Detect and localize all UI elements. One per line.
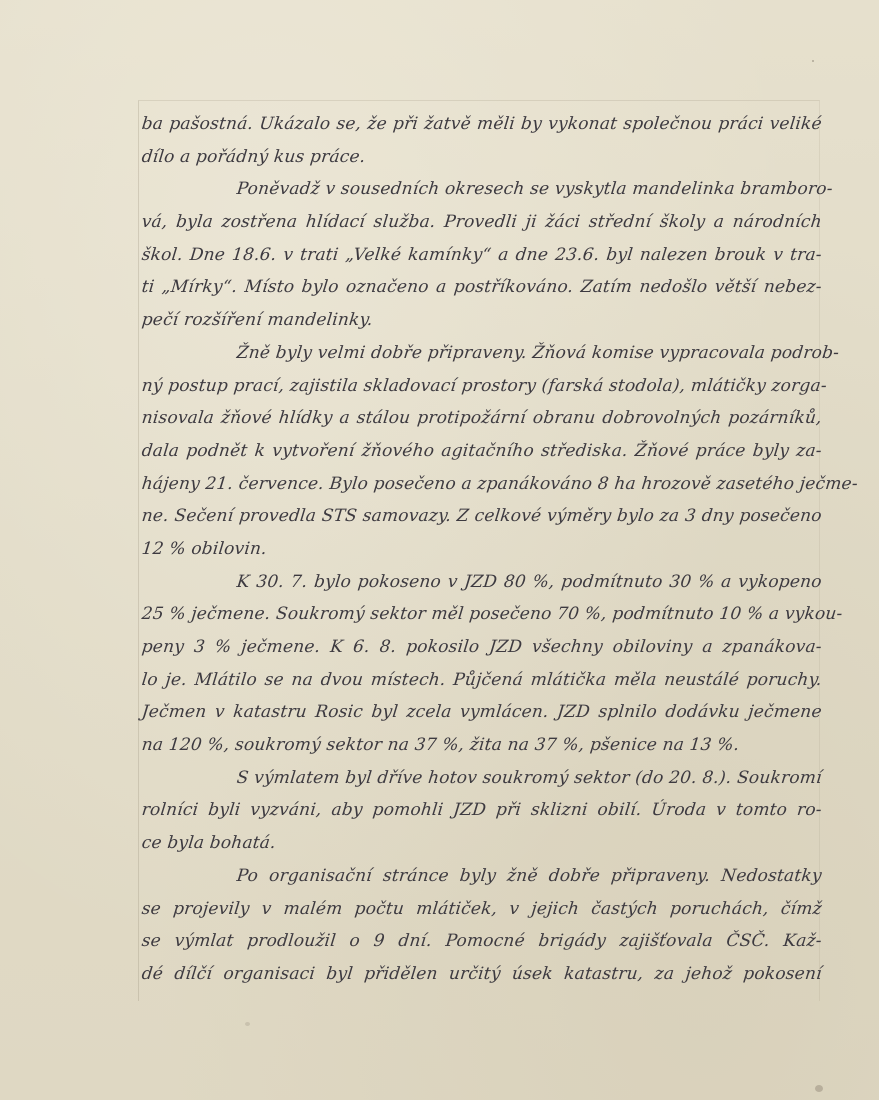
handwritten-line: pečí rozšíření mandelinky.: [140, 304, 823, 337]
line-text: ne. Sečení provedla STS samovazy. Z celk…: [141, 506, 823, 526]
handwritten-line: Žně byly velmi dobře připraveny. Žňová k…: [140, 337, 823, 370]
handwritten-line: Poněvadž v sousedních okresech se vyskyt…: [140, 173, 823, 206]
handwritten-line: ba pašostná. Ukázalo se, že při žatvě mě…: [140, 108, 823, 141]
handwritten-line: lo je. Mlátilo se na dvou místech. Půjče…: [140, 664, 823, 697]
handwritten-line: Po organisační stránce byly žně dobře př…: [140, 860, 823, 893]
handwritten-line: na 120 %, soukromý sektor na 37 %, žita …: [140, 729, 823, 762]
line-text: nisovala žňové hlídky a stálou protipožá…: [141, 408, 823, 428]
handwritten-text-block: ba pašostná. Ukázalo se, že při žatvě mě…: [140, 108, 820, 991]
line-text: pečí rozšíření mandelinky.: [141, 310, 374, 330]
line-text: ti „Mírky“. Místo bylo označeno a postří…: [141, 277, 823, 297]
handwritten-line: S výmlatem byl dříve hotov soukromý sekt…: [140, 762, 823, 795]
handwritten-line: vá, byla zostřena hlídací služba. Proved…: [140, 206, 823, 239]
line-text: ný postup prací, zajistila skladovací pr…: [141, 376, 828, 396]
handwritten-line: se výmlat prodloužil o 9 dní. Pomocné br…: [140, 925, 823, 958]
handwritten-line: škol. Dne 18.6. v trati „Velké kamínky“ …: [140, 239, 823, 272]
line-text: se výmlat prodloužil o 9 dní. Pomocné br…: [141, 931, 823, 951]
paper-stain: [815, 1085, 823, 1092]
line-text: hájeny 21. července. Bylo posečeno a zpa…: [141, 474, 859, 494]
handwritten-line: ti „Mírky“. Místo bylo označeno a postří…: [140, 271, 823, 304]
line-text: lo je. Mlátilo se na dvou místech. Půjče…: [141, 670, 823, 690]
line-text: škol. Dne 18.6. v trati „Velké kamínky“ …: [141, 245, 823, 265]
line-text: dílo a pořádný kus práce.: [141, 147, 367, 167]
line-text: se projevily v malém počtu mlátiček, v j…: [141, 899, 823, 919]
line-text: dala podnět k vytvoření žňového agitační…: [141, 441, 823, 461]
handwritten-line: peny 3 % ječmene. K 6. 8. pokosilo JZD v…: [140, 631, 823, 664]
line-text: Poněvadž v sousedních okresech se vyskyt…: [236, 179, 834, 199]
line-text: S výmlatem byl dříve hotov soukromý sekt…: [236, 768, 823, 788]
handwritten-line: dala podnět k vytvoření žňového agitační…: [140, 435, 823, 468]
handwritten-line: hájeny 21. července. Bylo posečeno a zpa…: [140, 468, 823, 501]
handwritten-line: K 30. 7. bylo pokoseno v JZD 80 %, podmí…: [140, 566, 823, 599]
line-text: Ječmen v katastru Rosic byl zcela vymlác…: [141, 702, 823, 722]
line-text: 25 % ječmene. Soukromý sektor měl poseče…: [141, 604, 844, 624]
line-text: vá, byla zostřena hlídací služba. Proved…: [141, 212, 823, 232]
line-text: 12 % obilovin.: [141, 539, 268, 559]
line-text: Po organisační stránce byly žně dobře př…: [236, 866, 823, 886]
handwritten-line: dílo a pořádný kus práce.: [140, 141, 823, 174]
paper-stain: [245, 1022, 250, 1026]
handwritten-line: Ječmen v katastru Rosic byl zcela vymlác…: [140, 696, 823, 729]
handwritten-line: se projevily v malém počtu mlátiček, v j…: [140, 893, 823, 926]
handwritten-line: nisovala žňové hlídky a stálou protipožá…: [140, 402, 823, 435]
line-text: K 30. 7. bylo pokoseno v JZD 80 %, podmí…: [236, 572, 823, 592]
handwritten-line: ce byla bohatá.: [140, 827, 823, 860]
handwritten-line: ný postup prací, zajistila skladovací pr…: [140, 370, 823, 403]
line-text: ba pašostná. Ukázalo se, že při žatvě mě…: [141, 114, 823, 134]
paper-stain: [812, 60, 814, 62]
line-text: Žně byly velmi dobře připraveny. Žňová k…: [236, 343, 841, 363]
line-text: dé dílčí organisaci byl přidělen určitý …: [141, 964, 823, 984]
line-text: rolníci byli vyzváni, aby pomohli JZD př…: [141, 800, 823, 820]
handwritten-line: 12 % obilovin.: [140, 533, 823, 566]
line-text: ce byla bohatá.: [141, 833, 277, 853]
handwritten-line: rolníci byli vyzváni, aby pomohli JZD př…: [140, 794, 823, 827]
line-text: peny 3 % ječmene. K 6. 8. pokosilo JZD v…: [141, 637, 823, 657]
handwritten-line: dé dílčí organisaci byl přidělen určitý …: [140, 958, 823, 991]
handwritten-line: 25 % ječmene. Soukromý sektor měl poseče…: [140, 598, 823, 631]
handwritten-line: ne. Sečení provedla STS samovazy. Z celk…: [140, 500, 823, 533]
line-text: na 120 %, soukromý sektor na 37 %, žita …: [141, 735, 741, 755]
